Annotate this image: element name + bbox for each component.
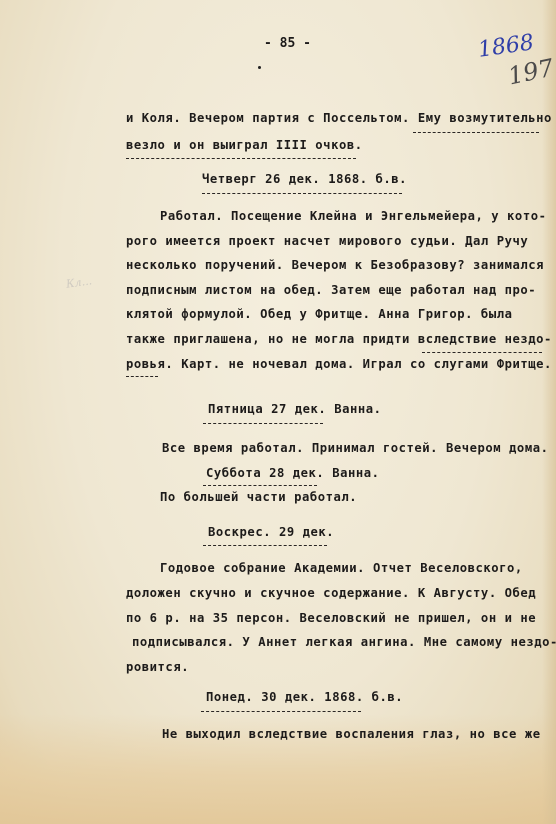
text-line: клятой формулой. Обед у Фритще. Анна Гри…	[126, 307, 513, 321]
heading-underline	[202, 193, 402, 194]
text-line: подписным листом на обед. Затем еще рабо…	[126, 283, 536, 297]
text-line: и Коля. Вечером партия с Поссельтом. Ему…	[126, 111, 552, 125]
ink-dot	[258, 66, 261, 69]
faint-pencil-note: Кл...	[65, 274, 93, 290]
heading-underline	[201, 711, 361, 712]
text-line: рого имеется проект насчет мирового судь…	[126, 234, 528, 248]
handwritten-folio-number: 197	[506, 54, 556, 91]
entry-heading-saturday: Суббота 28 дек. Ванна.	[206, 466, 380, 480]
text-line: ровится.	[126, 660, 189, 674]
entry-heading-thursday: Четверг 26 дек. 1868. б.в.	[202, 172, 407, 186]
text-line: Не выходил вследствие воспаления глаз, н…	[162, 727, 541, 741]
text-line: также приглашена, но не могла придти всл…	[126, 332, 552, 346]
underline-dashed	[126, 158, 356, 159]
text-line: по 6 р. на 35 персон. Веселовский не при…	[126, 611, 536, 625]
text-line: По большей части работал.	[160, 490, 357, 504]
entry-heading-friday: Пятница 27 дек. Ванна.	[208, 402, 382, 416]
page-number: - 85 -	[264, 36, 311, 51]
underline-dashed	[413, 132, 539, 133]
text-line: Работал. Посещение Клейна и Энгельмейера…	[160, 209, 547, 223]
text-line: Все время работал. Принимал гостей. Вече…	[162, 441, 549, 455]
heading-underline	[203, 423, 323, 424]
entry-heading-sunday: Воскрес. 29 дек.	[208, 525, 334, 539]
text-line: доложен скучно и скучное содержание. К А…	[126, 586, 536, 600]
text-line: ровья. Карт. не ночевал дома. Играл со с…	[126, 357, 552, 371]
text-line: везло и он выиграл IIII очков.	[126, 138, 363, 152]
text-line: несколько поручений. Вечером к Безобразо…	[126, 258, 544, 272]
heading-underline	[203, 545, 327, 546]
heading-underline	[203, 485, 317, 486]
entry-heading-monday: Понед. 30 дек. 1868. б.в.	[206, 690, 403, 704]
text-line: подписывался. У Аннет легкая ангина. Мне…	[132, 635, 556, 649]
underline-dashed	[422, 352, 542, 353]
underline-dashed	[126, 376, 158, 377]
text-line: Годовое собрание Академии. Отчет Веселов…	[160, 561, 523, 575]
typewritten-diary-page: - 85 - 1868 197 Кл... и Коля. Вечером па…	[0, 0, 556, 824]
